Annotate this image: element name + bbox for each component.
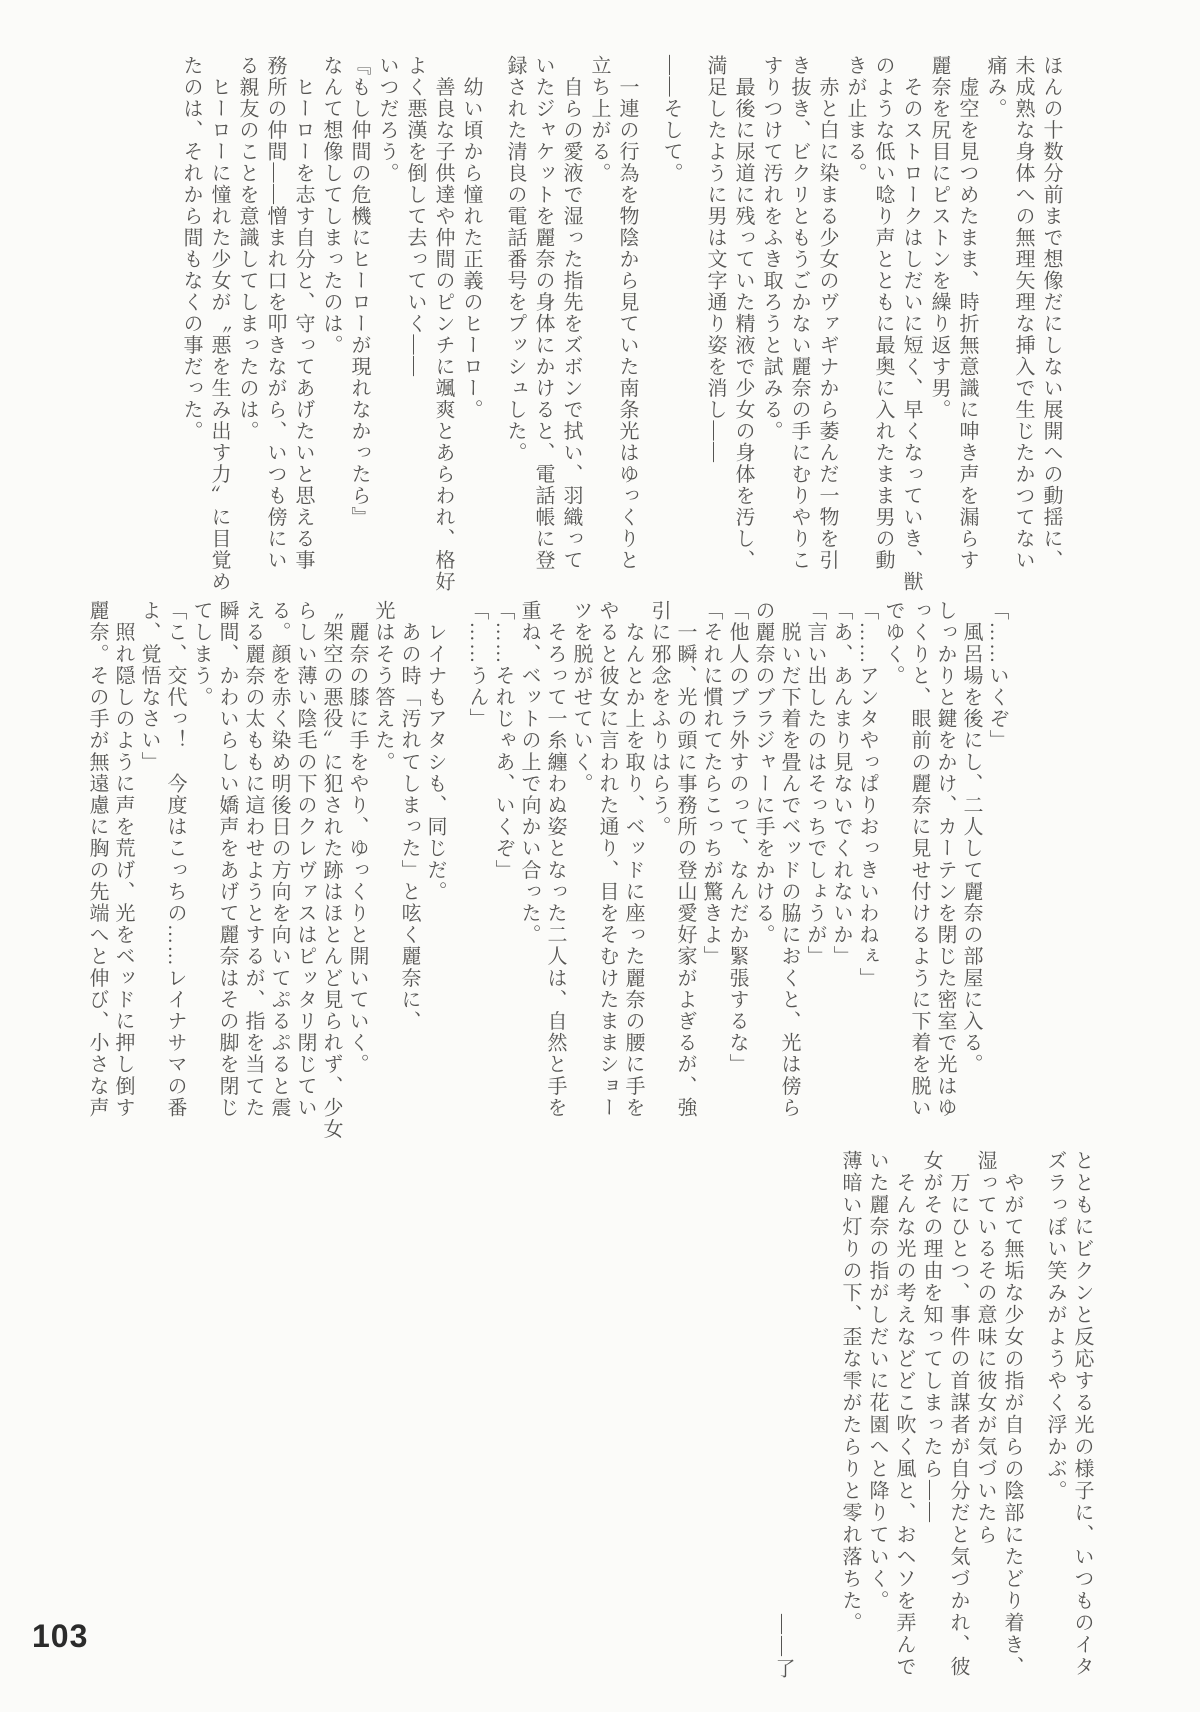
text-line: っくりと、眼前の麗奈に見せ付けるように下着を脱い	[906, 600, 932, 1122]
text-line: 録された清良の電話番号をプッシュした。	[501, 55, 529, 577]
text-line: いつだろう。	[373, 55, 401, 577]
text-line: 立ち上がる。	[585, 55, 613, 577]
text-line: 満足したように男は文字通り姿を消し——	[701, 55, 729, 577]
text-line: 「言い出したのはそっちでしょうが」	[802, 600, 828, 1122]
text-line: そのストロークはしだいに短く、早くなっていき、獣	[897, 55, 925, 577]
text-line: やると彼女に言われた通り、目をそむけたままショー	[594, 600, 620, 1122]
text-line: いたジャケットを麗奈の身体にかけると、電話帳に登	[529, 55, 557, 577]
text-line: 「……うん」	[464, 600, 490, 1122]
text-line: る親友のことを意識してしまったのは。	[233, 55, 261, 577]
text-line: 「他人のブラ外すのって、なんだか緊張するな」	[724, 600, 750, 1122]
text-line: ズラっぽい笑みがようやく浮かぶ。	[1041, 1150, 1068, 1680]
text-line: ヒーローを志す自分と、守ってあげたいと思える事	[289, 55, 317, 577]
text-line: 「あ、あんまり見ないでくれないか」	[828, 600, 854, 1122]
text-line: なんとか上を取り、ベッドに座った麗奈の腰に手を	[620, 600, 646, 1122]
text-line: しっかりと鍵をかけ、カーテンを閉じた密室で光はゆ	[932, 600, 958, 1122]
text-line: たのは、それから間もなくの事だった。	[177, 55, 205, 577]
bottom-text-block: とともにビクンと反応する光の様子に、いつものイタズラっぽい笑みがようやく浮かぶ。…	[769, 1150, 1095, 1680]
text-line: 幼い頃から憧れた正義のヒーロー。	[457, 55, 485, 577]
text-line: 痛み。	[981, 55, 1009, 577]
text-line: 光はそう答えた。	[370, 600, 396, 1122]
text-line: 『もし仲間の危機にヒーローが現れなかったら』	[345, 55, 373, 577]
text-line: そろって一糸纏わぬ姿となった二人は、自然と手を	[542, 600, 568, 1122]
text-line: ほんの十数分前まで想像だにしない展開への動揺に、	[1037, 55, 1065, 577]
text-line: きが止まる。	[841, 55, 869, 577]
text-line: 赤と白に染まる少女のヴァギナから萎んだ一物を引	[813, 55, 841, 577]
text-line: 薄暗い灯りの下、歪な雫がたらりと零れ落ちた。	[836, 1150, 863, 1680]
text-line: 〝架空の悪役〟に犯された跡はほとんど見られず、少女	[318, 600, 344, 1122]
text-line: ——了	[769, 1150, 796, 1680]
top-text-block: ほんの十数分前まで想像だにしない展開への動揺に、未成熟な身体への無理矢理な挿入で…	[177, 55, 1065, 577]
text-line: 瞬間、かわいらしい嬌声をあげて麗奈はその脚を閉じ	[214, 600, 240, 1122]
text-line: 万にひとつ、事件の首謀者が自分だと気づかれ、彼	[944, 1150, 971, 1680]
text-line: 「こ、交代っ！ 今度はこっちの……レイナサマの番	[162, 600, 188, 1122]
text-line: る。顔を赤く染め明後日の方向を向いてぷるぷると震	[266, 600, 292, 1122]
text-line: とともにビクンと反応する光の様子に、いつものイタ	[1068, 1150, 1095, 1680]
text-line: 未成熟な身体への無理矢理な挿入で生じたかつてない	[1009, 55, 1037, 577]
text-line: よく悪漢を倒して去っていく——	[401, 55, 429, 577]
text-line: 務所の仲間——憎まれ口を叩きながら、いつも傍にい	[261, 55, 289, 577]
text-line: 脱いだ下着を畳んでベッドの脇におくと、光は傍ら	[776, 600, 802, 1122]
text-line: 「それに慣れてたらこっちが驚きよ」	[698, 600, 724, 1122]
page-number: 103	[32, 1618, 88, 1655]
text-line: 「……アンタやっぱりおっきいわねぇ」	[854, 600, 880, 1122]
text-line: 「……それじゃあ、いくぞ」	[490, 600, 516, 1122]
text-line: すりつけて汚れをふき取ろうと試みる。	[757, 55, 785, 577]
text-line: そんな光の考えなどどこ吹く風と、おヘソを弄んで	[890, 1150, 917, 1680]
text-line: ツを脱がせていく。	[568, 600, 594, 1122]
text-line: 引に邪念をふりはらう。	[646, 600, 672, 1122]
text-line: 麗奈。その手が無遠慮に胸の先端へと伸び、小さな声	[84, 600, 110, 1122]
text-line: 風呂場を後にし、二人して麗奈の部屋に入る。	[958, 600, 984, 1122]
text-line: よ、覚悟なさい」	[136, 600, 162, 1122]
text-line: 女がその理由を知ってしまったら——	[917, 1150, 944, 1680]
text-line: 麗奈の膝に手をやり、ゆっくりと開いていく。	[344, 600, 370, 1122]
text-line: える麗奈の太ももに這わせようとするが、指を当てた	[240, 600, 266, 1122]
text-line: レイナもアタシも、同じだ。	[422, 600, 448, 1122]
middle-text-block: 「……いくぞ」 風呂場を後にし、二人して麗奈の部屋に入る。しっかりと鍵をかけ、カ…	[84, 600, 1010, 1122]
text-line: き抜き、ビクリともうごかない麗奈の手にむりやりこ	[785, 55, 813, 577]
text-line: でゆく。	[880, 600, 906, 1122]
text-line: のような低い唸り声とともに最奥に入れたまま男の動	[869, 55, 897, 577]
text-line: 一瞬、光の頭に事務所の登山愛好家がよぎるが、強	[672, 600, 698, 1122]
text-line: 善良な子供達や仲間のピンチに颯爽とあらわれ、格好	[429, 55, 457, 577]
text-line: やがて無垢な少女の指が自らの陰部にたどり着き、	[998, 1150, 1025, 1680]
text-line: らしい薄い陰毛の下のクレヴァスはピッタリ閉じてい	[292, 600, 318, 1122]
text-line: 麗奈を尻目にピストンを繰り返す男。	[925, 55, 953, 577]
text-line: なんて想像してしまったのは。	[317, 55, 345, 577]
text-line: 照れ隠しのように声を荒げ、光をベッドに押し倒す	[110, 600, 136, 1122]
text-line: 一連の行為を物陰から見ていた南条光はゆっくりと	[613, 55, 641, 577]
text-line: 虚空を見つめたまま、時折無意識に呻き声を漏らす	[953, 55, 981, 577]
text-line: ——そして。	[657, 55, 685, 577]
text-line: 「……いくぞ」	[984, 600, 1010, 1122]
text-line: 湿っているその意味に彼女が気づいたら	[971, 1150, 998, 1680]
text-line: 重ね、ベットの上で向かい合った。	[516, 600, 542, 1122]
text-line: あの時「汚れてしまった」と呟く麗奈に、	[396, 600, 422, 1122]
text-line: ヒーローに憧れた少女が〝悪を生み出す力〟に目覚め	[205, 55, 233, 577]
text-line: 自らの愛液で湿った指先をズボンで拭い、羽織って	[557, 55, 585, 577]
text-line: てしまう。	[188, 600, 214, 1122]
text-line: いた麗奈の指がしだいに花園へと降りていく。	[863, 1150, 890, 1680]
text-line: 最後に尿道に残っていた精液で少女の身体を汚し、	[729, 55, 757, 577]
text-line: の麗奈のブラジャーに手をかける。	[750, 600, 776, 1122]
